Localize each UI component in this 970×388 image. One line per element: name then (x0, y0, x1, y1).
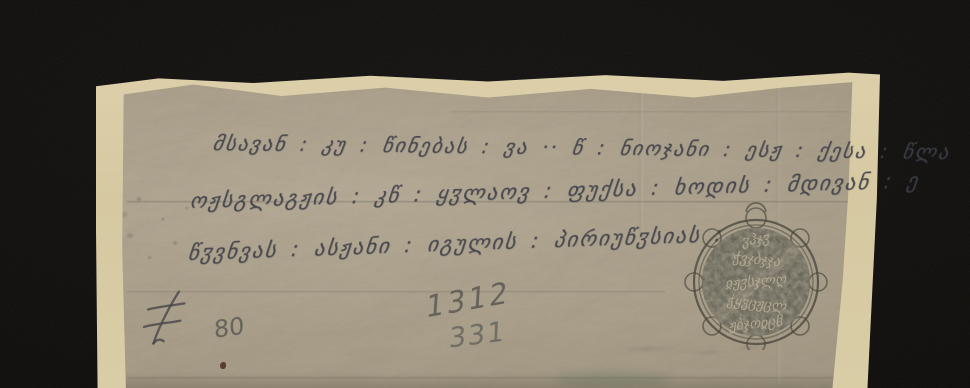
fold-crease (451, 110, 848, 113)
ink-seal-stamp: ჳჰჯჳ ჭვჯბჯჯა ჲჟჳსჯლღ ჭყჳცჟცლ ჟბჯოჲცჱ (676, 198, 836, 350)
photograph-background: მსავან : კუ : წინებას : ვა ·· წ : ნიოჯან… (0, 0, 970, 388)
green-ink-smudge (556, 372, 668, 388)
fold-crease (127, 290, 664, 293)
numero-mark-icon (139, 285, 191, 351)
faint-ink-traces (608, 338, 768, 362)
red-wax-speck (220, 362, 226, 369)
archive-number-80: 80 (214, 312, 245, 344)
bottom-shadow (120, 372, 856, 388)
